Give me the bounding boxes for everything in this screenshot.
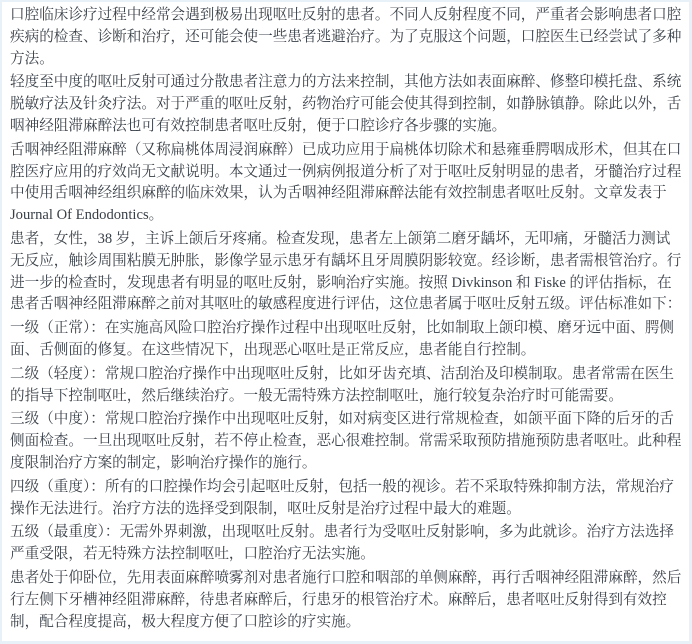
article-text: 口腔临床诊疗过程中经常会遇到极易出现呕吐反射的患者。不同人反射程度不同，严重者会… bbox=[10, 5, 683, 633]
paragraph-grade-1: 一级（正常）：在实施高风险口腔治疗操作过程中出现呕吐反射，比如制取上颌印模、磨牙… bbox=[10, 318, 683, 362]
paragraph-procedure-result: 患者处于仰卧位，先用表面麻醉喷雾剂对患者施行口腔和咽部的单侧麻醉，再行舌咽神经阻… bbox=[10, 568, 683, 633]
paragraph-grade-4: 四级（重度）：所有的口腔操作均会引起呕吐反射，包括一般的视诊。若不采取特殊抑制方… bbox=[10, 477, 683, 521]
paragraph-grade-2: 二级（轻度）：常规口腔治疗操作中出现呕吐反射，比如牙齿充填、洁刮治及印模制取。患… bbox=[10, 364, 683, 408]
paragraph-control-methods: 轻度至中度的呕吐反射可通过分散患者注意力的方法来控制，其他方法如表面麻醉、修整印… bbox=[10, 72, 683, 137]
paragraph-case-history: 患者，女性，38 岁，主诉上颌后牙疼痛。检查发现，患者左上颌第二磨牙龋坏，无叩痛… bbox=[10, 229, 683, 316]
paragraph-intro: 口腔临床诊疗过程中经常会遇到极易出现呕吐反射的患者。不同人反射程度不同，严重者会… bbox=[10, 5, 683, 70]
page: 口腔临床诊疗过程中经常会遇到极易出现呕吐反射的患者。不同人反射程度不同，严重者会… bbox=[0, 0, 692, 644]
paragraph-study-summary: 舌咽神经阻滞麻醉（又称扁桃体周浸润麻醉）已成功应用于扁桃体切除术和悬雍垂腭咽成形… bbox=[10, 140, 683, 227]
paragraph-grade-5: 五级（最重度）：无需外界刺激，出现呕吐反射。患者行为受呕吐反射影响，多为此就诊。… bbox=[10, 522, 683, 566]
paragraph-grade-3: 三级（中度）：常规口腔治疗操作中出现呕吐反射，如对病变区进行常规检查，如颌平面下… bbox=[10, 409, 683, 474]
